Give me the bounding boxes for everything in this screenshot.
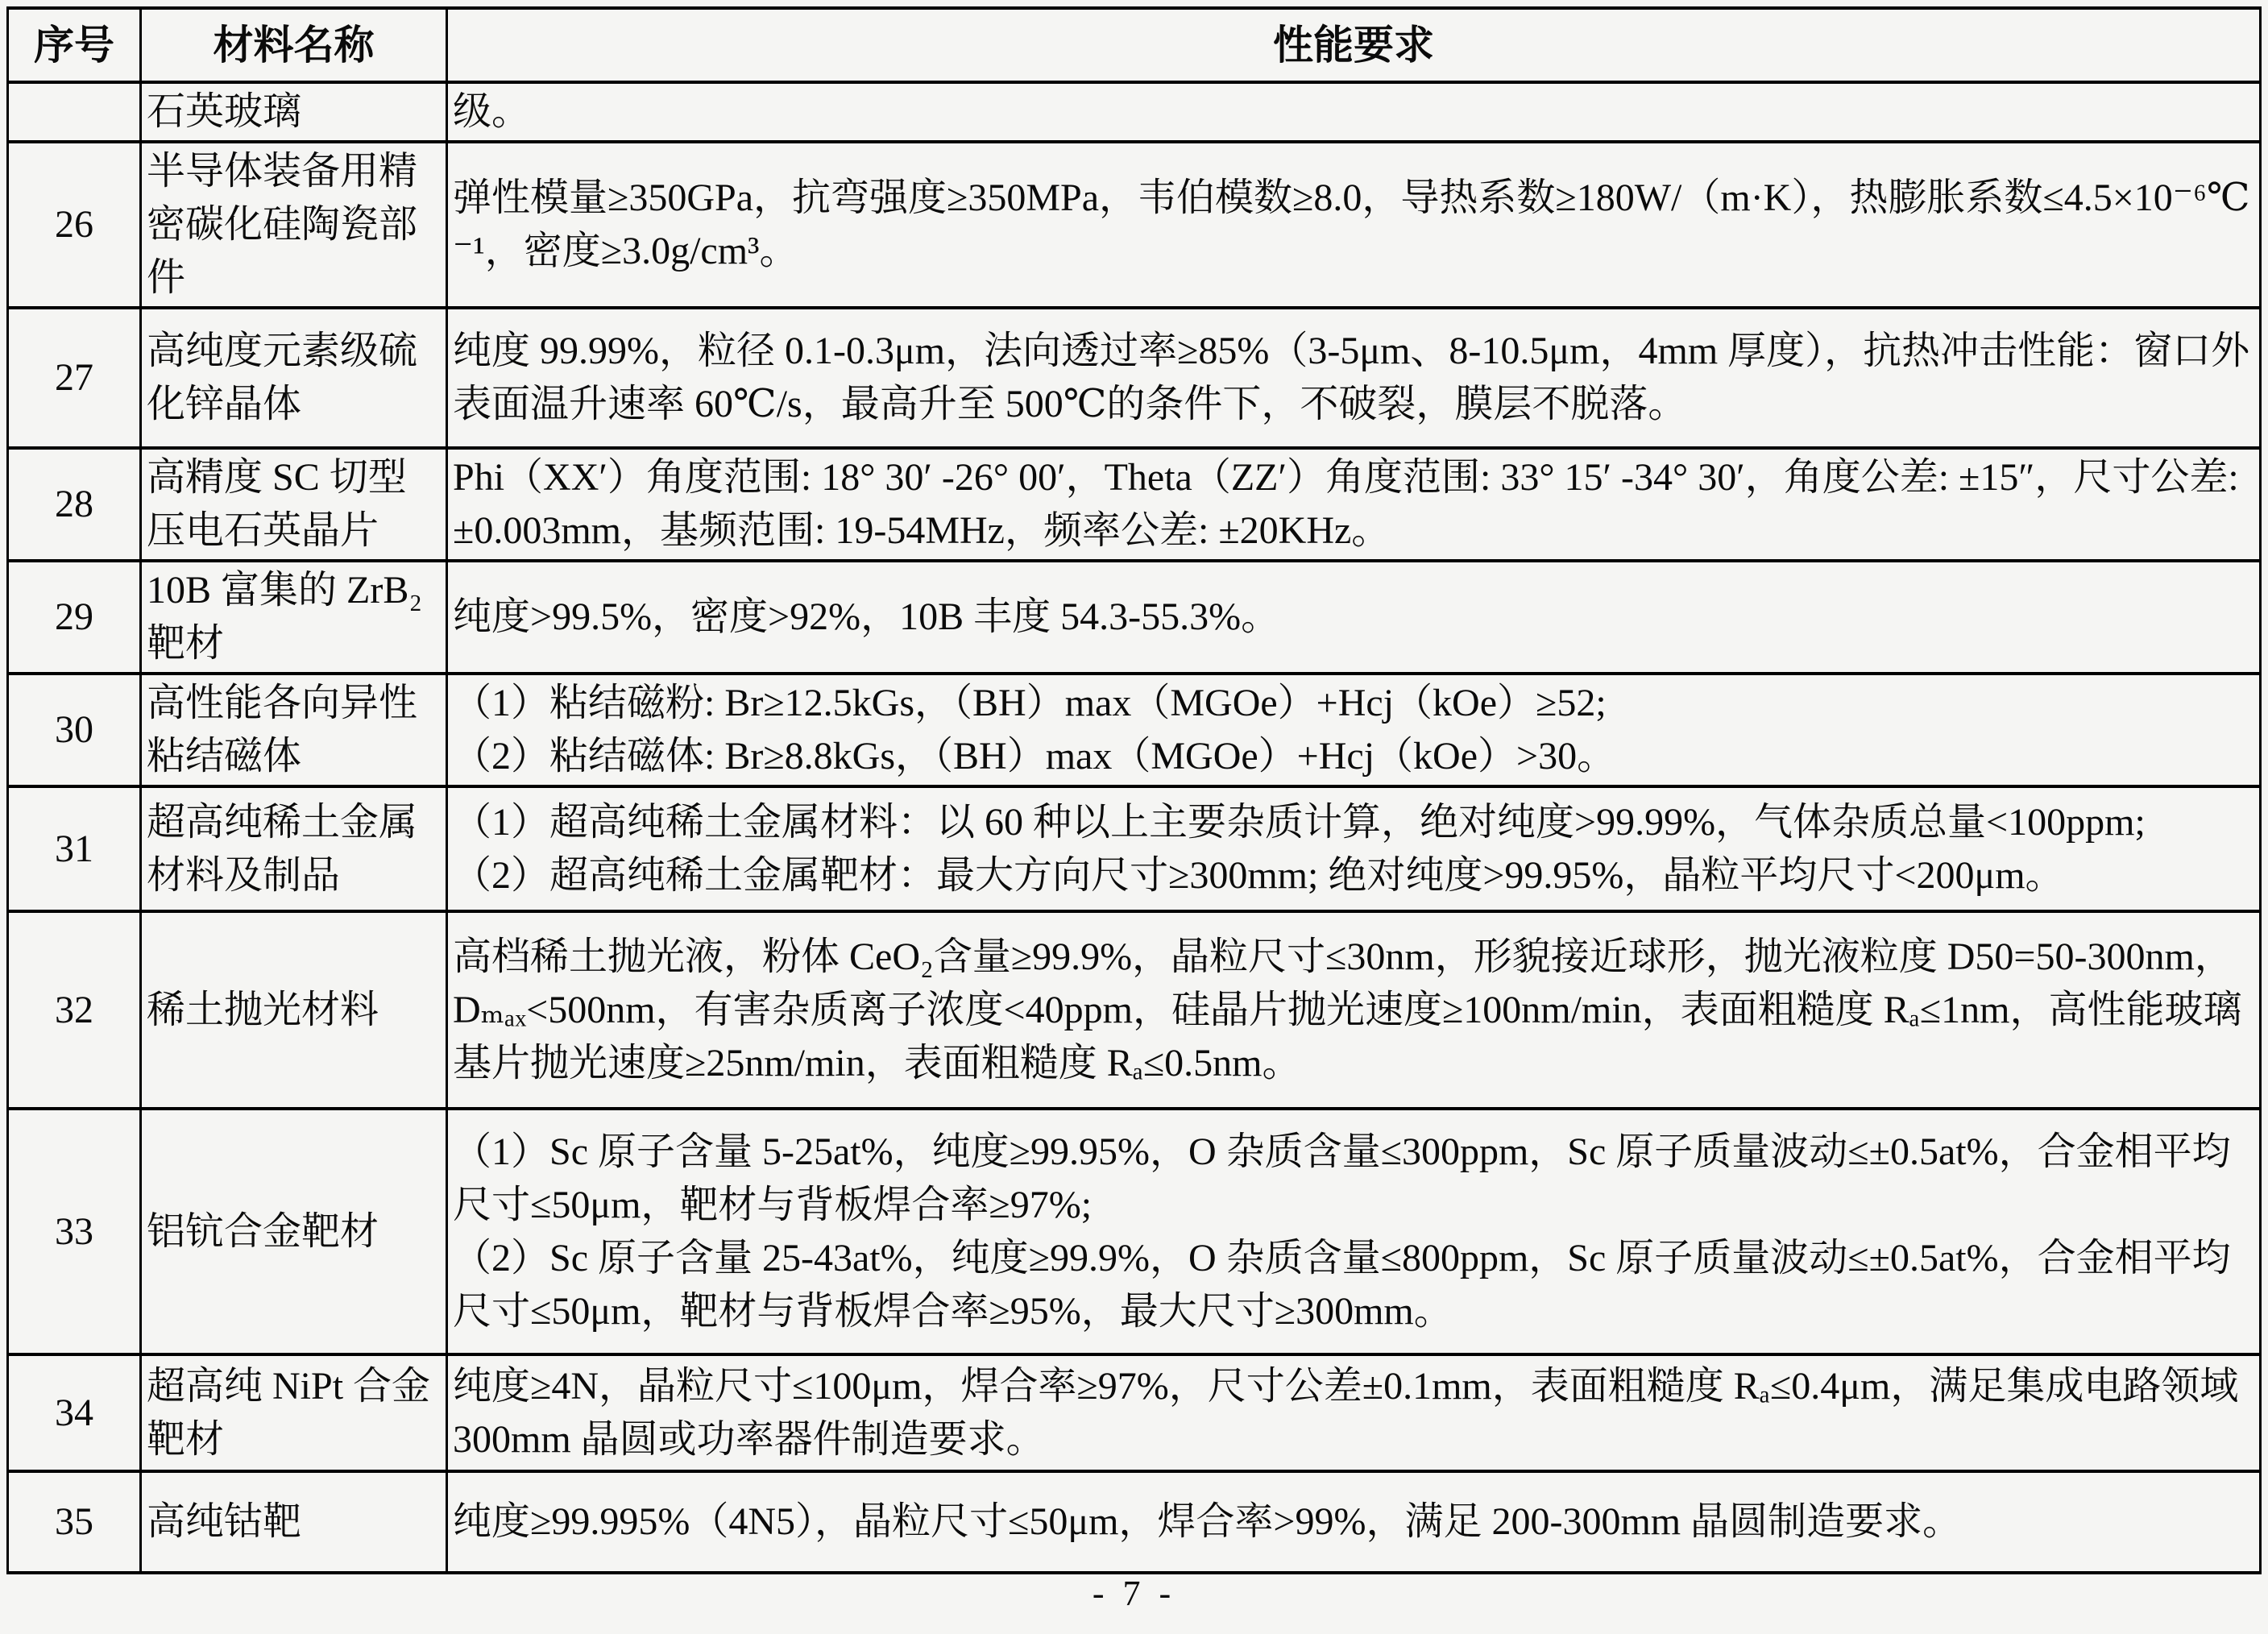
performance-cell: 纯度>99.5%，密度>92%，10B 丰度 54.3-55.3%。 [447, 561, 2261, 674]
performance-text: 纯度>99.5%，密度>92%，10B 丰度 54.3-55.3%。 [453, 591, 2254, 644]
table-row: 石英玻璃 级。 [8, 82, 2261, 142]
material-name-cell: 半导体装备用精密碳化硅陶瓷部件 [141, 142, 447, 308]
column-header-performance: 性能要求 [447, 8, 2261, 82]
material-name-cell: 高纯钴靶 [141, 1471, 447, 1573]
performance-text: 纯度 99.99%，粒径 0.1-0.3μm，法向透过率≥85%（3-5μm、8… [453, 325, 2254, 431]
material-name-cell: 稀土抛光材料 [141, 911, 447, 1109]
performance-cell: 纯度≥99.995%（4N5），晶粒尺寸≤50μm，焊合率>99%，满足 200… [447, 1471, 2261, 1573]
material-name-cell: 超高纯稀土金属材料及制品 [141, 786, 447, 911]
table-row: 34 超高纯 NiPt 合金靶材 纯度≥4N，晶粒尺寸≤100μm，焊合率≥97… [8, 1354, 2261, 1471]
material-name-cell: 高精度 SC 切型压电石英晶片 [141, 448, 447, 561]
material-name-cell: 石英玻璃 [141, 82, 447, 142]
column-header-material-name: 材料名称 [141, 8, 447, 82]
row-number-cell: 29 [8, 561, 141, 674]
row-number-cell: 30 [8, 674, 141, 786]
page-number: - 7 - [0, 1573, 2268, 1614]
scanned-document-page: { "page": { "footer": "- 7 -", "backgrou… [0, 0, 2268, 1634]
row-number-cell: 34 [8, 1354, 141, 1471]
table-row: 30 高性能各向异性粘结磁体 （1）粘结磁粉: Br≥12.5kGs，（BH）m… [8, 674, 2261, 786]
material-name-cell: 高纯度元素级硫化锌晶体 [141, 308, 447, 448]
performance-text: （1）超高纯稀土金属材料：以 60 种以上主要杂质计算，绝对纯度>99.99%，… [453, 796, 2254, 849]
performance-cell: 弹性模量≥350GPa，抗弯强度≥350MPa，韦伯模数≥8.0，导热系数≥18… [447, 142, 2261, 308]
table-row: 33 铝钪合金靶材 （1）Sc 原子含量 5-25at%，纯度≥99.95%，O… [8, 1109, 2261, 1354]
performance-text: （2）Sc 原子含量 25-43at%，纯度≥99.9%，O 杂质含量≤800p… [453, 1232, 2254, 1338]
table-header-row: 序号 材料名称 性能要求 [8, 8, 2261, 82]
performance-cell: 纯度≥4N，晶粒尺寸≤100μm，焊合率≥97%，尺寸公差±0.1mm，表面粗糙… [447, 1354, 2261, 1471]
row-number-cell: 31 [8, 786, 141, 911]
table-row: 28 高精度 SC 切型压电石英晶片 Phi（XX′）角度范围: 18° 30′… [8, 448, 2261, 561]
performance-cell: （1）Sc 原子含量 5-25at%，纯度≥99.95%，O 杂质含量≤300p… [447, 1109, 2261, 1354]
row-number-cell: 26 [8, 142, 141, 308]
performance-text: （2）粘结磁体: Br≥8.8kGs，（BH）max（MGOe）+Hcj（kOe… [453, 730, 2254, 783]
table-row: 35 高纯钴靶 纯度≥99.995%（4N5），晶粒尺寸≤50μm，焊合率>99… [8, 1471, 2261, 1573]
performance-text: 级。 [453, 85, 2254, 139]
row-number-cell: 28 [8, 448, 141, 561]
material-name-cell: 10B 富集的 ZrB₂靶材 [141, 561, 447, 674]
material-name-cell: 铝钪合金靶材 [141, 1109, 447, 1354]
performance-text: （1）粘结磁粉: Br≥12.5kGs，（BH）max（MGOe）+Hcj（kO… [453, 677, 2254, 730]
performance-text: （1）Sc 原子含量 5-25at%，纯度≥99.95%，O 杂质含量≤300p… [453, 1126, 2254, 1232]
performance-cell: （1）粘结磁粉: Br≥12.5kGs，（BH）max（MGOe）+Hcj（kO… [447, 674, 2261, 786]
materials-performance-table: 序号 材料名称 性能要求 石英玻璃 级。 26 半导体装备用精密碳化硅陶瓷部件 … [6, 6, 2262, 1574]
performance-cell: 纯度 99.99%，粒径 0.1-0.3μm，法向透过率≥85%（3-5μm、8… [447, 308, 2261, 448]
performance-text: （2）超高纯稀土金属靶材：最大方向尺寸≥300mm; 绝对纯度>99.95%，晶… [453, 849, 2254, 902]
row-number-cell: 32 [8, 911, 141, 1109]
column-header-no: 序号 [8, 8, 141, 82]
table-row: 32 稀土抛光材料 高档稀土抛光液，粉体 CeO₂含量≥99.9%，晶粒尺寸≤3… [8, 911, 2261, 1109]
performance-text: 高档稀土抛光液，粉体 CeO₂含量≥99.9%，晶粒尺寸≤30nm，形貌接近球形… [453, 931, 2254, 1090]
performance-text: 纯度≥99.995%（4N5），晶粒尺寸≤50μm，焊合率>99%，满足 200… [453, 1495, 2254, 1549]
performance-text: 纯度≥4N，晶粒尺寸≤100μm，焊合率≥97%，尺寸公差±0.1mm，表面粗糙… [453, 1360, 2254, 1466]
table-row: 27 高纯度元素级硫化锌晶体 纯度 99.99%，粒径 0.1-0.3μm，法向… [8, 308, 2261, 448]
performance-cell: 级。 [447, 82, 2261, 142]
performance-cell: 高档稀土抛光液，粉体 CeO₂含量≥99.9%，晶粒尺寸≤30nm，形貌接近球形… [447, 911, 2261, 1109]
performance-cell: Phi（XX′）角度范围: 18° 30′ -26° 00′，Theta（ZZ′… [447, 448, 2261, 561]
material-name-cell: 高性能各向异性粘结磁体 [141, 674, 447, 786]
performance-text: Phi（XX′）角度范围: 18° 30′ -26° 00′，Theta（ZZ′… [453, 451, 2254, 558]
row-number-cell: 35 [8, 1471, 141, 1573]
table-row: 26 半导体装备用精密碳化硅陶瓷部件 弹性模量≥350GPa，抗弯强度≥350M… [8, 142, 2261, 308]
table-row: 31 超高纯稀土金属材料及制品 （1）超高纯稀土金属材料：以 60 种以上主要杂… [8, 786, 2261, 911]
performance-text: 弹性模量≥350GPa，抗弯强度≥350MPa，韦伯模数≥8.0，导热系数≥18… [453, 172, 2254, 278]
row-number-cell: 33 [8, 1109, 141, 1354]
row-number-cell [8, 82, 141, 142]
row-number-cell: 27 [8, 308, 141, 448]
performance-cell: （1）超高纯稀土金属材料：以 60 种以上主要杂质计算，绝对纯度>99.99%，… [447, 786, 2261, 911]
material-name-cell: 超高纯 NiPt 合金靶材 [141, 1354, 447, 1471]
table-row: 29 10B 富集的 ZrB₂靶材 纯度>99.5%，密度>92%，10B 丰度… [8, 561, 2261, 674]
